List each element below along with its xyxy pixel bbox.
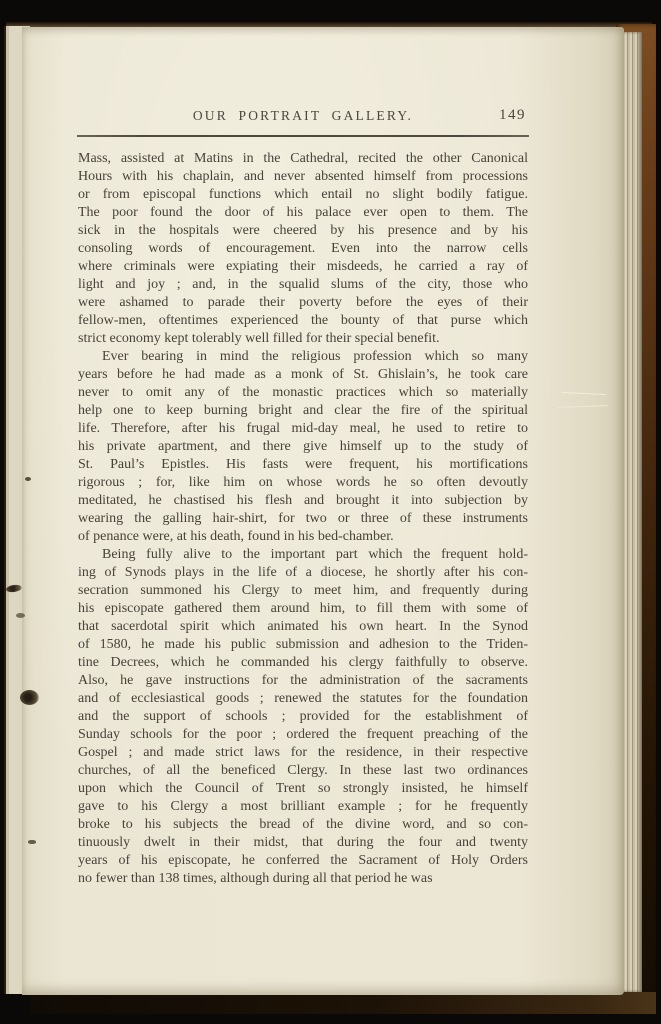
book-photo: OUR PORTRAIT GALLERY. 149 Mass, assisted… [0,0,661,1024]
text-line: Ever bearing in mind the religious profe… [78,348,528,366]
running-title: OUR PORTRAIT GALLERY. [193,108,413,123]
text-line: strict economy kept tolerably well fille… [78,330,528,348]
text-line: ing of Synods plays in the life of a dio… [78,564,528,582]
body-text: Mass, assisted at Matins in the Cathedra… [78,150,528,888]
text-line: or from episcopal functions which entail… [78,186,528,204]
text-line: fellow-men, oftentimes experienced the b… [78,312,528,330]
text-line: tine Decrees, which he commanded his cle… [78,654,528,672]
ink-stain [28,840,36,844]
text-line: where criminals were expiating their mis… [78,258,528,276]
text-line: meditated, he chastised his flesh and br… [78,492,528,510]
text-line: of penance were, at his death, found in … [78,528,528,546]
text-line: Also, he gave instructions for the admin… [78,672,528,690]
text-line: tinuously dwelt in their midst, that dur… [78,834,528,852]
text-line: no fewer than 138 times, although during… [78,870,528,888]
text-line: his private apartment, and there give hi… [78,438,528,456]
text-line: rigorous ; for, like him on whose words … [78,474,528,492]
text-line: never to omit any of the monastic practi… [78,384,528,402]
text-line: and the support of schools ; provided fo… [78,708,528,726]
header-rule [77,135,529,137]
text-line: help one to keep burning bright and clea… [78,402,528,420]
text-line: of 1580, he made his public submission a… [78,636,528,654]
text-line: St. Paul’s Epistles. His fasts were freq… [78,456,528,474]
text-line: years before he had made as a monk of St… [78,366,528,384]
page-number: 149 [499,107,526,124]
text-line: upon which the Council of Trent so stron… [78,780,528,798]
text-line: his episcopate gathered them around him,… [78,600,528,618]
text-line: life. Therefore, after his frugal mid-da… [78,420,528,438]
text-line: Gospel ; and made strict laws for the re… [78,744,528,762]
text-line: Hours with his chaplain, and never absen… [78,168,528,186]
text-line: broke to his subjects the bread of the d… [78,816,528,834]
text-line: sick in the hospitals were cheered by hi… [78,222,528,240]
text-line: gave to his Clergy a most brilliant exam… [78,798,528,816]
text-line: Mass, assisted at Matins in the Cathedra… [78,150,528,168]
text-line: secration summoned his Clergy to meet hi… [78,582,528,600]
text-line: The poor found the door of his palace ev… [78,204,528,222]
ink-stain [25,477,31,481]
text-line: Sunday schools for the poor ; ordered th… [78,726,528,744]
book-bottom-shadow [30,992,656,1014]
text-line: churches, of all the beneficed Clergy. I… [78,762,528,780]
book-page: OUR PORTRAIT GALLERY. 149 Mass, assisted… [22,27,624,995]
text-line: and of ecclesiastical goods ; renewed th… [78,690,528,708]
text-line: were ashamed to parade their poverty bef… [78,294,528,312]
text-line: Being fully alive to the important part … [78,546,528,564]
text-line: years of his episcopate, he conferred th… [78,852,528,870]
text-line: that sacerdotal spirit which animated hi… [78,618,528,636]
text-line: light and joy ; and, in the squalid slum… [78,276,528,294]
ink-stain [16,613,25,618]
text-line: consoling words of encouragement. Even i… [78,240,528,258]
text-line: wearing the galling hair-shirt, for two … [78,510,528,528]
ink-stain [20,690,39,705]
page-header: OUR PORTRAIT GALLERY. 149 [78,107,528,129]
photo-backdrop: { "photo": { "backdrop_color": "#0a0908"… [0,0,661,1024]
